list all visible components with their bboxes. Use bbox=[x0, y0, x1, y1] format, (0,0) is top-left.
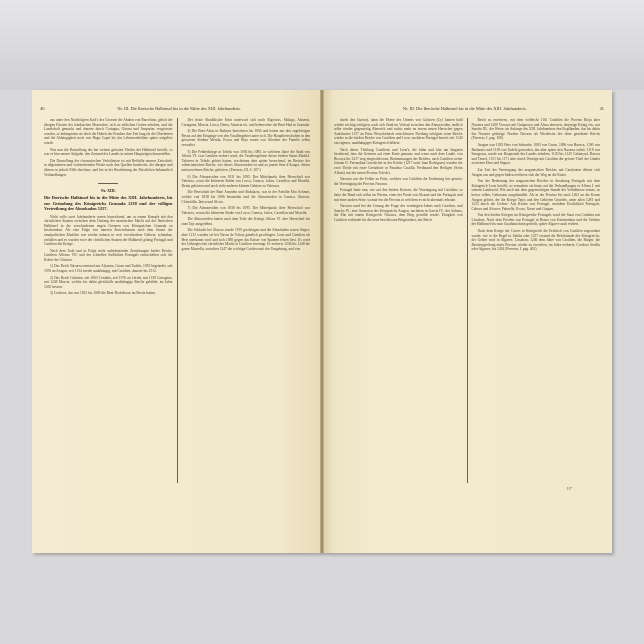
paragraph: Die Schlacht bei Alarcos wurde 1195 gesc… bbox=[182, 228, 311, 251]
paragraph: 1) Das Reich Navarra entstand aus Aljozi… bbox=[44, 264, 173, 273]
paragraph: Portugal hatte nun, wie auf den beiden K… bbox=[334, 188, 463, 202]
paragraph: 4) Die Beni-Aftas in Badajoz herrschten … bbox=[182, 129, 311, 147]
paragraph: Nach dieser Theilung Castiliens und Leon… bbox=[334, 148, 463, 176]
right-page-columns: durch den Guerra), dann die Ebene des Or… bbox=[330, 118, 604, 483]
paragraph: Nicht volle zwei Jahrhunderte waren hinr… bbox=[44, 215, 173, 247]
paragraph: Die Almoraviden hatten nach dem Tode des… bbox=[182, 217, 311, 226]
signature-mark: 11* bbox=[567, 487, 572, 491]
left-page-column-1: aus unter den Nachfolgern Karl's des Gro… bbox=[40, 118, 177, 483]
left-page-columns: aus unter den Nachfolgern Karl's des Gro… bbox=[40, 118, 314, 483]
paragraph: Der letzte Abadidische Emir unterwarf si… bbox=[182, 118, 311, 127]
paragraph: Die Herrschaft der Bani Amriden und Abda… bbox=[182, 190, 311, 204]
book-spine bbox=[320, 90, 324, 553]
paragraph: 7) Die Almoraviden von 1038 bis 1095. De… bbox=[182, 206, 311, 215]
right-page: Nr. III. Die Iberische Halbinsel bis in … bbox=[322, 90, 612, 553]
page-number: 41 bbox=[600, 106, 604, 112]
left-page: 40 Nr. III. Die Iberische Halbinsel bis … bbox=[32, 90, 322, 553]
left-page-column-2: Der letzte Abadidische Emir unterwarf si… bbox=[177, 118, 315, 483]
paragraph: Nach dem Tode und in Folge nicht unbedeu… bbox=[44, 249, 173, 263]
paragraph: Reich zu erweitern, von dem vielleicht 1… bbox=[472, 118, 601, 141]
paragraph: 3) Cordova, das von 1031 bis 1069 die Be… bbox=[44, 291, 173, 296]
paragraph: aus unter den Nachfolgern Karl's des Gro… bbox=[44, 118, 173, 146]
background-wall bbox=[0, 0, 644, 90]
paragraph: Aragon war 1035 Herr von Sobrarbe, 1083 … bbox=[472, 143, 601, 166]
section-divider bbox=[98, 183, 118, 184]
paragraph: Was nun die Darstellung des bei weitem g… bbox=[44, 148, 173, 157]
paragraph: Zur Zeit der Vereinigung des aragonische… bbox=[472, 168, 601, 177]
paragraph: 5) Die Fehderkriege in Toledo von 1036 b… bbox=[182, 150, 311, 173]
right-page-header: Nr. III. Die Iberische Halbinsel bis in … bbox=[330, 106, 604, 112]
left-page-header: 40 Nr. III. Die Iberische Halbinsel bis … bbox=[40, 106, 314, 112]
paragraph: Navarra war die Fehler zu Paris, welches… bbox=[334, 177, 463, 186]
paragraph: 2) Das Reich Galizien, seit 1063 Cerdaña… bbox=[44, 276, 173, 290]
running-head: Nr. III. Die Iberische Halbinsel bis in … bbox=[44, 106, 314, 112]
open-book-spread: 40 Nr. III. Die Iberische Halbinsel bis … bbox=[32, 90, 612, 553]
paragraph: Von den beiden Kriegen im Königreiche Po… bbox=[472, 213, 601, 227]
paragraph: Von der Bedeutung des aragonischen Reich… bbox=[472, 179, 601, 211]
paragraph: 6) Die Almoraviden von 1031 bis 1095. De… bbox=[182, 175, 311, 189]
paragraph: Navarra ward bei der Lösung der Frage de… bbox=[334, 204, 463, 222]
running-head: Nr. III. Die Iberische Halbinsel bis in … bbox=[330, 106, 600, 112]
paragraph: durch den Guerra), dann die Ebene des Or… bbox=[334, 118, 463, 146]
section-title: Die Iberische Halbinsel bis in die Mitte… bbox=[44, 195, 173, 211]
paragraph: Nach dem Kriege der Cortes in Königreich… bbox=[472, 229, 601, 252]
paragraph: Die Darstellung der chronistischen Verhä… bbox=[44, 159, 173, 177]
right-page-column-1: durch den Guerra), dann die Ebene des Or… bbox=[330, 118, 467, 483]
right-page-column-2: Reich zu erweitern, von dem vielleicht 1… bbox=[467, 118, 605, 483]
section-number: Nr. XIII. bbox=[44, 189, 173, 194]
